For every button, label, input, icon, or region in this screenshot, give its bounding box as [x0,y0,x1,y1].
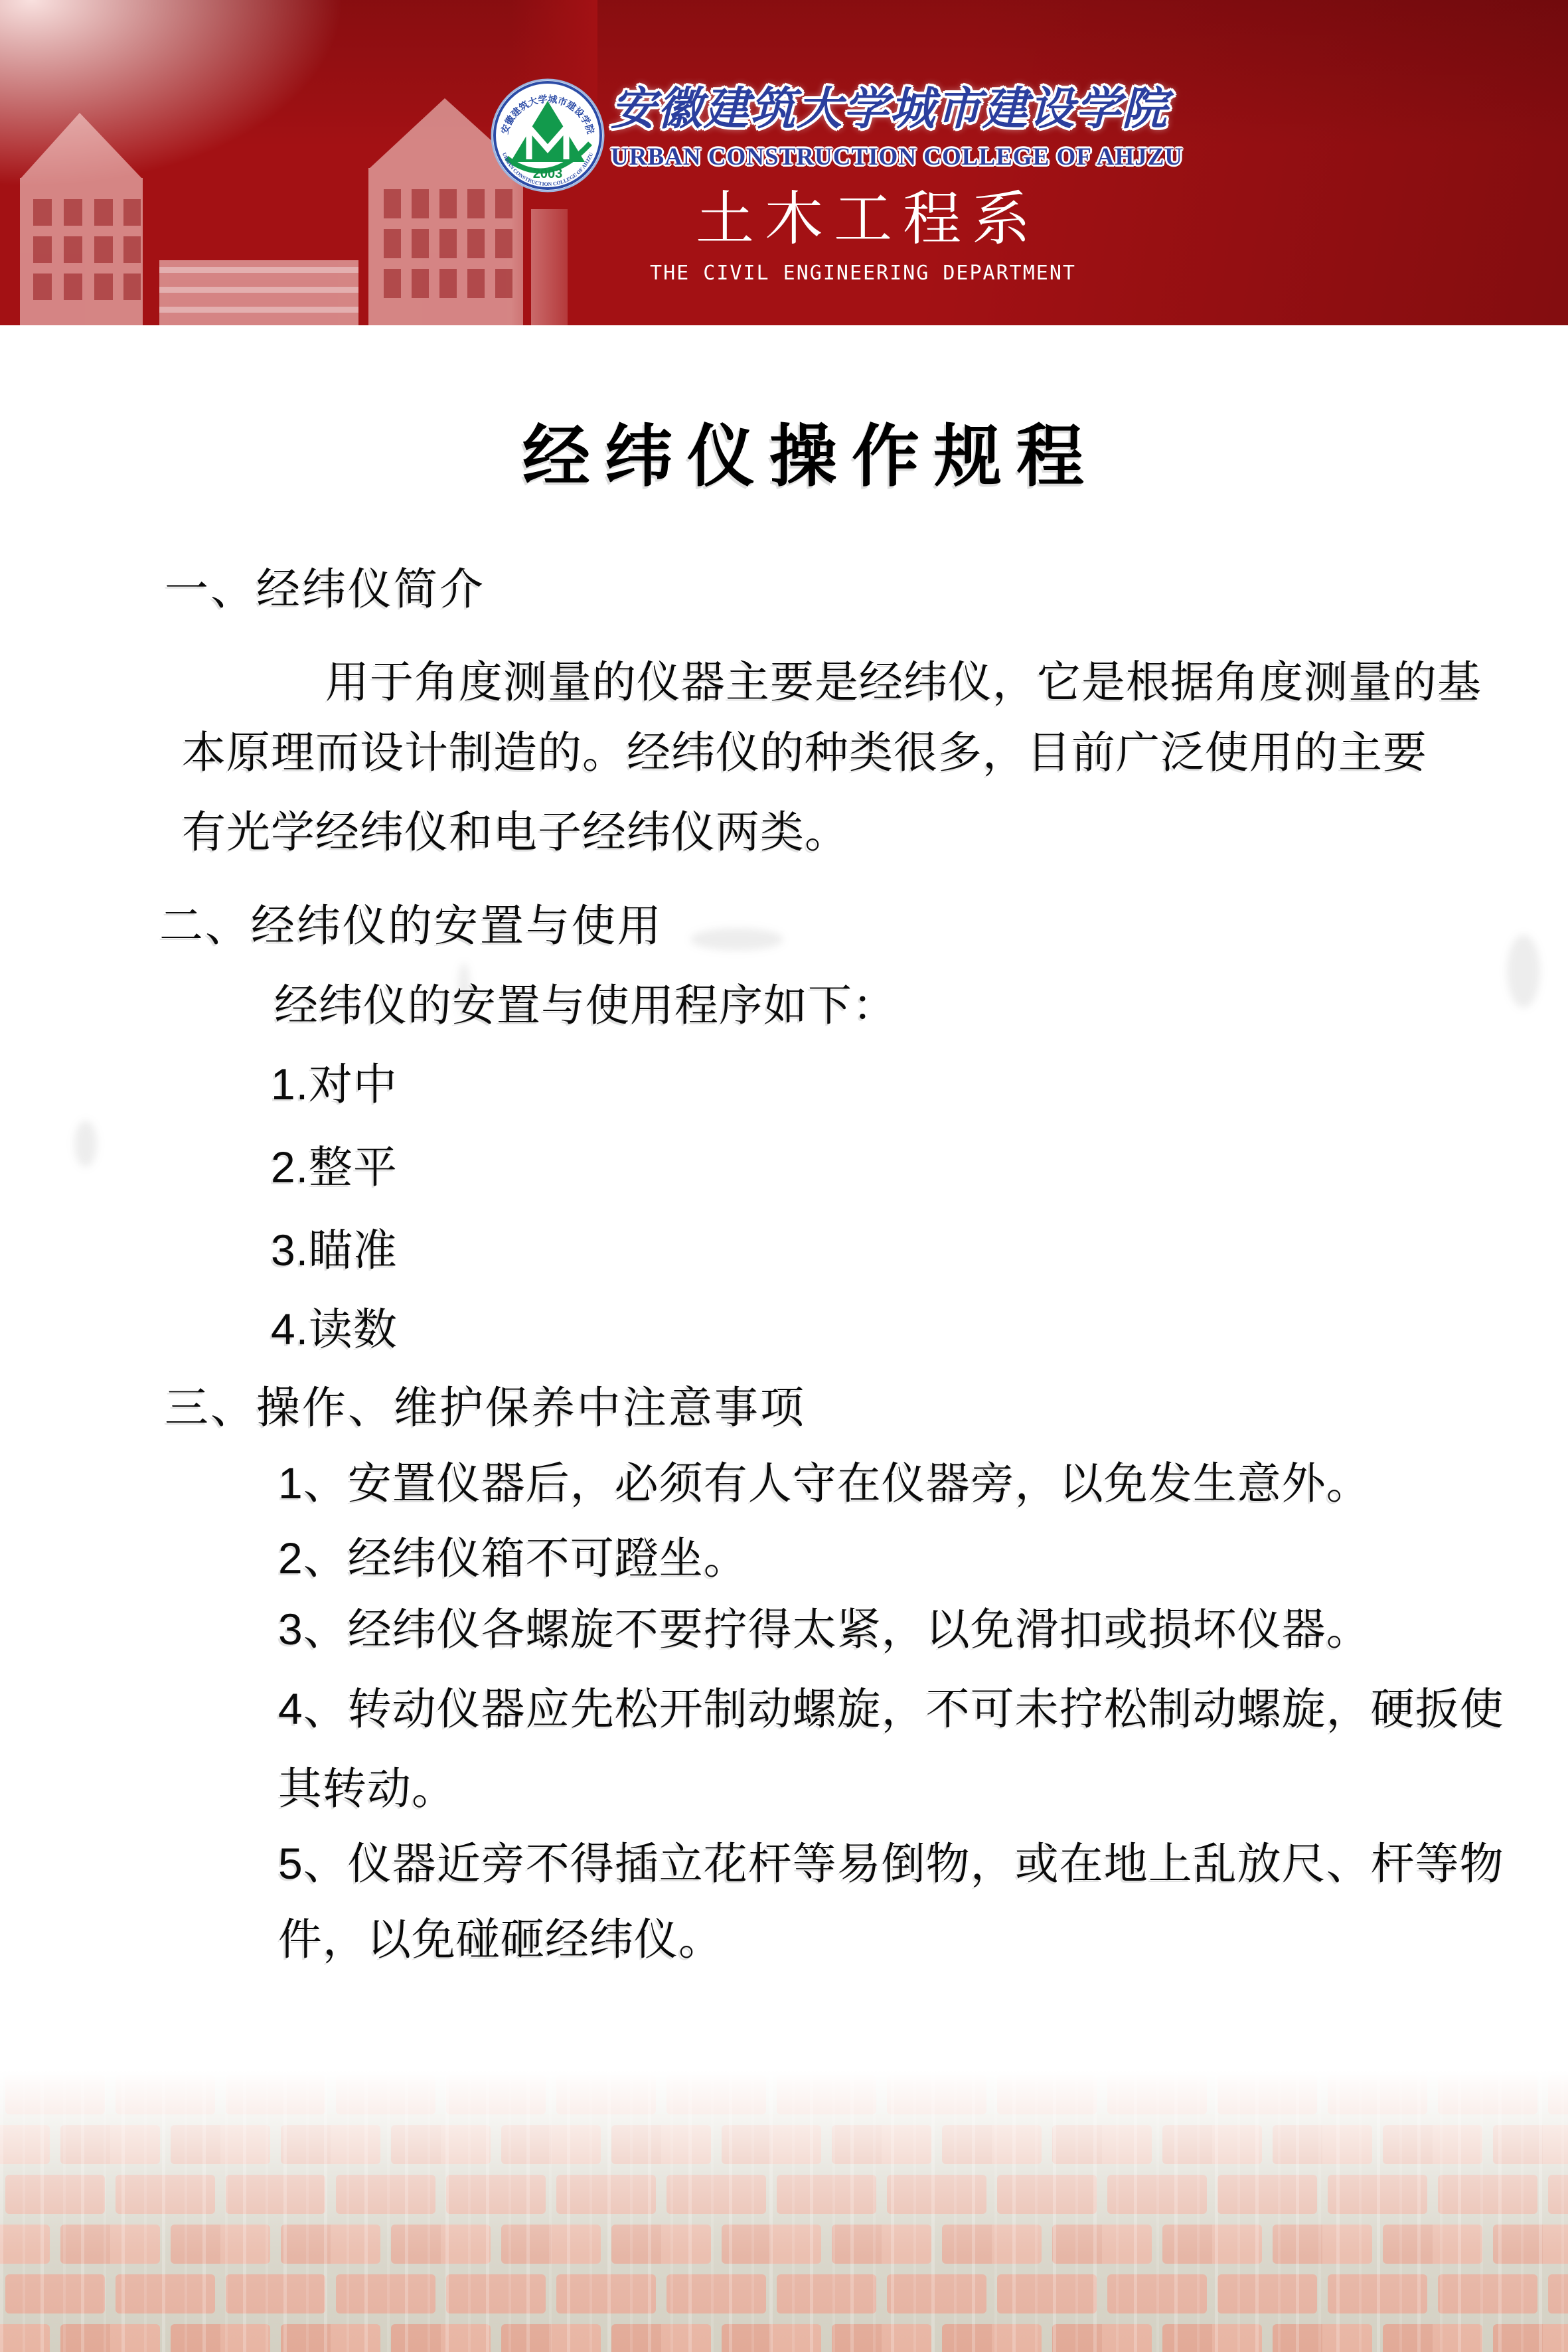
section2-heading: 二、经纬仪的安置与使用 [159,900,663,952]
college-name-cn: 安徽建筑大学城市建设学院 [611,73,1115,137]
caution-note-line: 1、安置仪器后，必须有人守在仪器旁，以免发生意外。 [278,1457,1371,1510]
procedure-step: 1.对中 [271,1058,398,1111]
caution-note-line: 其转动。 [278,1763,456,1815]
section1-paragraph-line: 本原理而设计制造的。经纬仪的种类很多，目前广泛使用的主要 [182,726,1427,779]
section1-paragraph-line: 用于角度测量的仪器主要是经纬仪，它是根据角度测量的基 [325,656,1482,708]
department-name-cn: 土木工程系 [611,173,1115,256]
brick-footer [0,2070,1568,2352]
department-name-en: THE CIVIL ENGINEERING DEPARTMENT [611,262,1115,285]
poster-page: 2003 安徽建筑大学城市建设学院 URBAN CONSTRUCTION COL… [0,0,1568,2352]
caution-note-line: 5、仪器近旁不得插立花杆等易倒物，或在地上乱放尺、杆等物 [278,1838,1504,1890]
scan-smudge [458,963,470,1016]
scan-smudge [1507,935,1540,1008]
procedure-step: 2.整平 [271,1141,398,1194]
scan-smudge [74,1121,97,1167]
scan-smudge [690,928,783,951]
section2-intro: 经纬仪的安置与使用程序如下： [274,979,897,1032]
procedure-step: 4.读数 [271,1303,398,1356]
document-title: 经纬仪操作规程 [27,403,1568,500]
caution-note-line: 3、经纬仪各螺旋不要拧得太紧，以免滑扣或损坏仪器。 [278,1603,1371,1656]
procedure-step: 3.瞄准 [271,1224,398,1277]
caution-note-line: 2、经纬仪箱不可蹬坐。 [278,1532,748,1585]
banner-text-block: 安徽建筑大学城市建设学院 URBAN CONSTRUCTION COLLEGE … [611,0,1115,285]
college-logo-emblem: 2003 安徽建筑大学城市建设学院 URBAN CONSTRUCTION COL… [491,78,605,193]
header-banner: 2003 安徽建筑大学城市建设学院 URBAN CONSTRUCTION COL… [0,0,1568,325]
college-logo: 2003 安徽建筑大学城市建设学院 URBAN CONSTRUCTION COL… [491,78,605,193]
brick-fade-overlay [0,2070,1568,2352]
section3-heading: 三、操作、维护保养中注意事项 [165,1381,806,1434]
college-name-en: URBAN CONSTRUCTION COLLEGE OF AHJZU [611,143,1115,171]
section1-heading: 一、经纬仪简介 [165,563,485,615]
logo-year: 2003 [533,167,563,181]
caution-note-line: 4、转动仪器应先松开制动螺旋，不可未拧松制动螺旋，硬扳使 [278,1683,1504,1735]
section1-paragraph-line: 有光学经纬仪和电子经纬仪两类。 [182,806,849,858]
caution-note-line: 件，以免碰砸经纬仪。 [278,1913,723,1966]
